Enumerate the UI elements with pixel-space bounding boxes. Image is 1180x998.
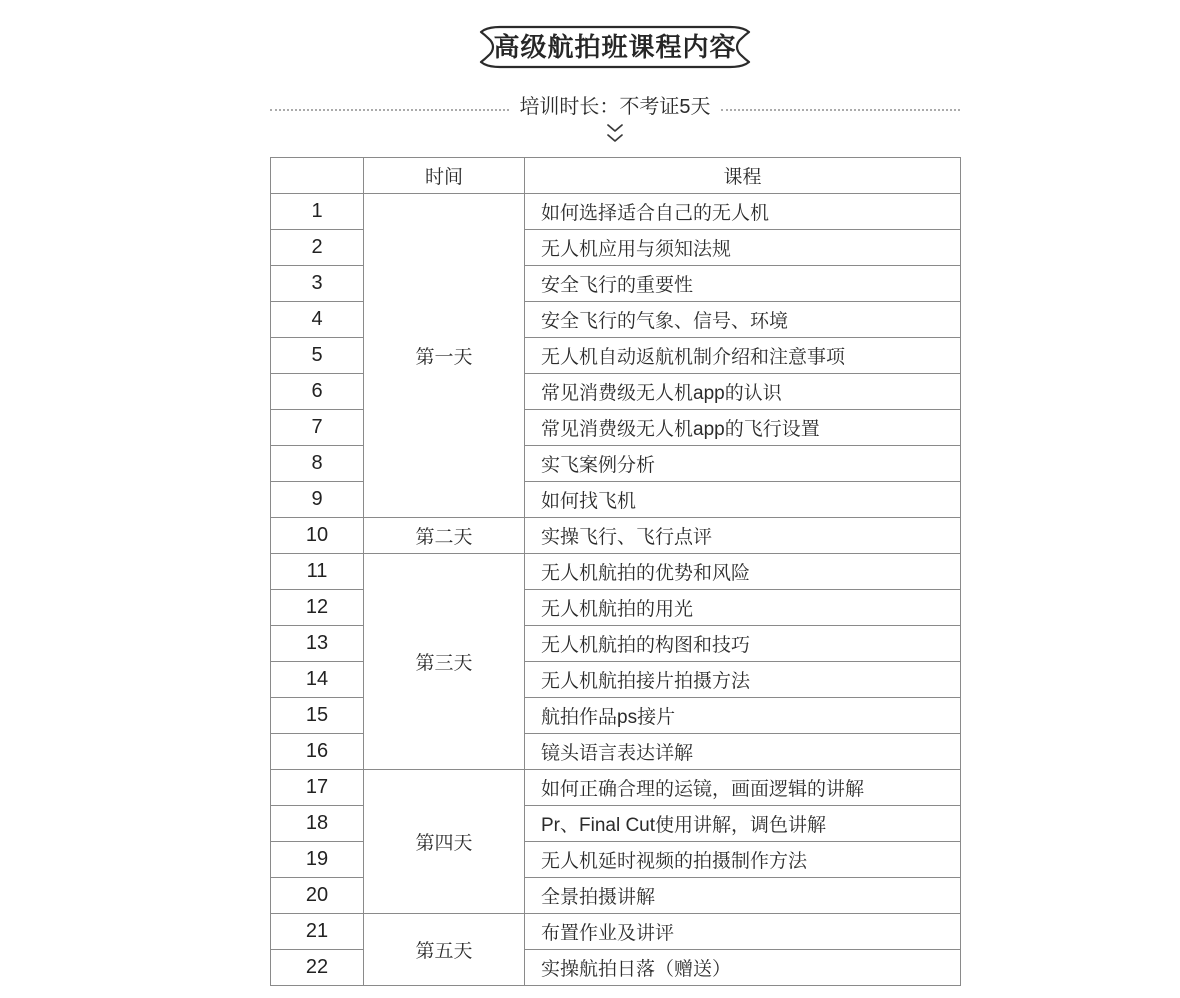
row-number-cell: 5 [271,338,364,374]
course-cell: 航拍作品ps接片 [525,698,961,734]
course-cell: 无人机应用与须知法规 [525,230,961,266]
title-plaque: 高级航拍班课程内容 [476,24,754,70]
row-number-cell: 19 [271,842,364,878]
row-number-cell: 10 [271,518,364,554]
course-cell: 无人机自动返航机制介绍和注意事项 [525,338,961,374]
subtitle-row: 培训时长：不考证5天 [270,90,960,119]
course-cell: 如何选择适合自己的无人机 [525,194,961,230]
chevron-section [270,123,960,145]
day-cell: 第五天 [364,914,525,986]
course-cell: 实飞案例分析 [525,446,961,482]
dotted-line-left [270,109,509,111]
row-number-cell: 13 [271,626,364,662]
row-number-cell: 9 [271,482,364,518]
row-number-cell: 6 [271,374,364,410]
course-cell: 如何找飞机 [525,482,961,518]
course-table: 时间 课程 1第一天如何选择适合自己的无人机2无人机应用与须知法规3安全飞行的重… [270,157,961,986]
day-cell: 第三天 [364,554,525,770]
course-cell: 常见消费级无人机app的飞行设置 [525,410,961,446]
course-cell: 如何正确合理的运镜，画面逻辑的讲解 [525,770,961,806]
table-header-row: 时间 课程 [271,158,961,194]
dotted-line-right [721,109,960,111]
page-title: 高级航拍班课程内容 [476,24,754,70]
page-content: 高级航拍班课程内容 培训时长：不考证5天 时间 课程 1第一天如何选择适合自己的… [270,0,960,986]
table-row: 10第二天实操飞行、飞行点评 [271,518,961,554]
header-course: 课程 [525,158,961,194]
course-cell: Pr、Final Cut使用讲解，调色讲解 [525,806,961,842]
row-number-cell: 22 [271,950,364,986]
day-cell: 第四天 [364,770,525,914]
course-cell: 实操航拍日落（赠送） [525,950,961,986]
table-row: 11第三天无人机航拍的优势和风险 [271,554,961,590]
header-time: 时间 [364,158,525,194]
row-number-cell: 16 [271,734,364,770]
row-number-cell: 3 [271,266,364,302]
day-cell: 第一天 [364,194,525,518]
row-number-cell: 11 [271,554,364,590]
course-table-body: 1第一天如何选择适合自己的无人机2无人机应用与须知法规3安全飞行的重要性4安全飞… [271,194,961,986]
course-cell: 常见消费级无人机app的认识 [525,374,961,410]
row-number-cell: 4 [271,302,364,338]
row-number-cell: 20 [271,878,364,914]
course-cell: 无人机航拍的优势和风险 [525,554,961,590]
course-cell: 无人机延时视频的拍摄制作方法 [525,842,961,878]
row-number-cell: 14 [271,662,364,698]
row-number-cell: 8 [271,446,364,482]
title-section: 高级航拍班课程内容 [270,24,960,70]
course-cell: 无人机航拍接片拍摄方法 [525,662,961,698]
row-number-cell: 12 [271,590,364,626]
row-number-cell: 7 [271,410,364,446]
double-chevron-down-icon [606,123,624,145]
course-cell: 全景拍摄讲解 [525,878,961,914]
row-number-cell: 17 [271,770,364,806]
course-cell: 实操飞行、飞行点评 [525,518,961,554]
course-cell: 无人机航拍的用光 [525,590,961,626]
row-number-cell: 18 [271,806,364,842]
course-cell: 安全飞行的气象、信号、环境 [525,302,961,338]
row-number-cell: 21 [271,914,364,950]
table-row: 21第五天布置作业及讲评 [271,914,961,950]
day-cell: 第二天 [364,518,525,554]
header-number [271,158,364,194]
course-cell: 镜头语言表达详解 [525,734,961,770]
row-number-cell: 1 [271,194,364,230]
subtitle: 培训时长：不考证5天 [519,90,710,119]
table-row: 17第四天如何正确合理的运镜，画面逻辑的讲解 [271,770,961,806]
course-cell: 布置作业及讲评 [525,914,961,950]
course-cell: 安全飞行的重要性 [525,266,961,302]
table-row: 1第一天如何选择适合自己的无人机 [271,194,961,230]
course-cell: 无人机航拍的构图和技巧 [525,626,961,662]
row-number-cell: 2 [271,230,364,266]
row-number-cell: 15 [271,698,364,734]
